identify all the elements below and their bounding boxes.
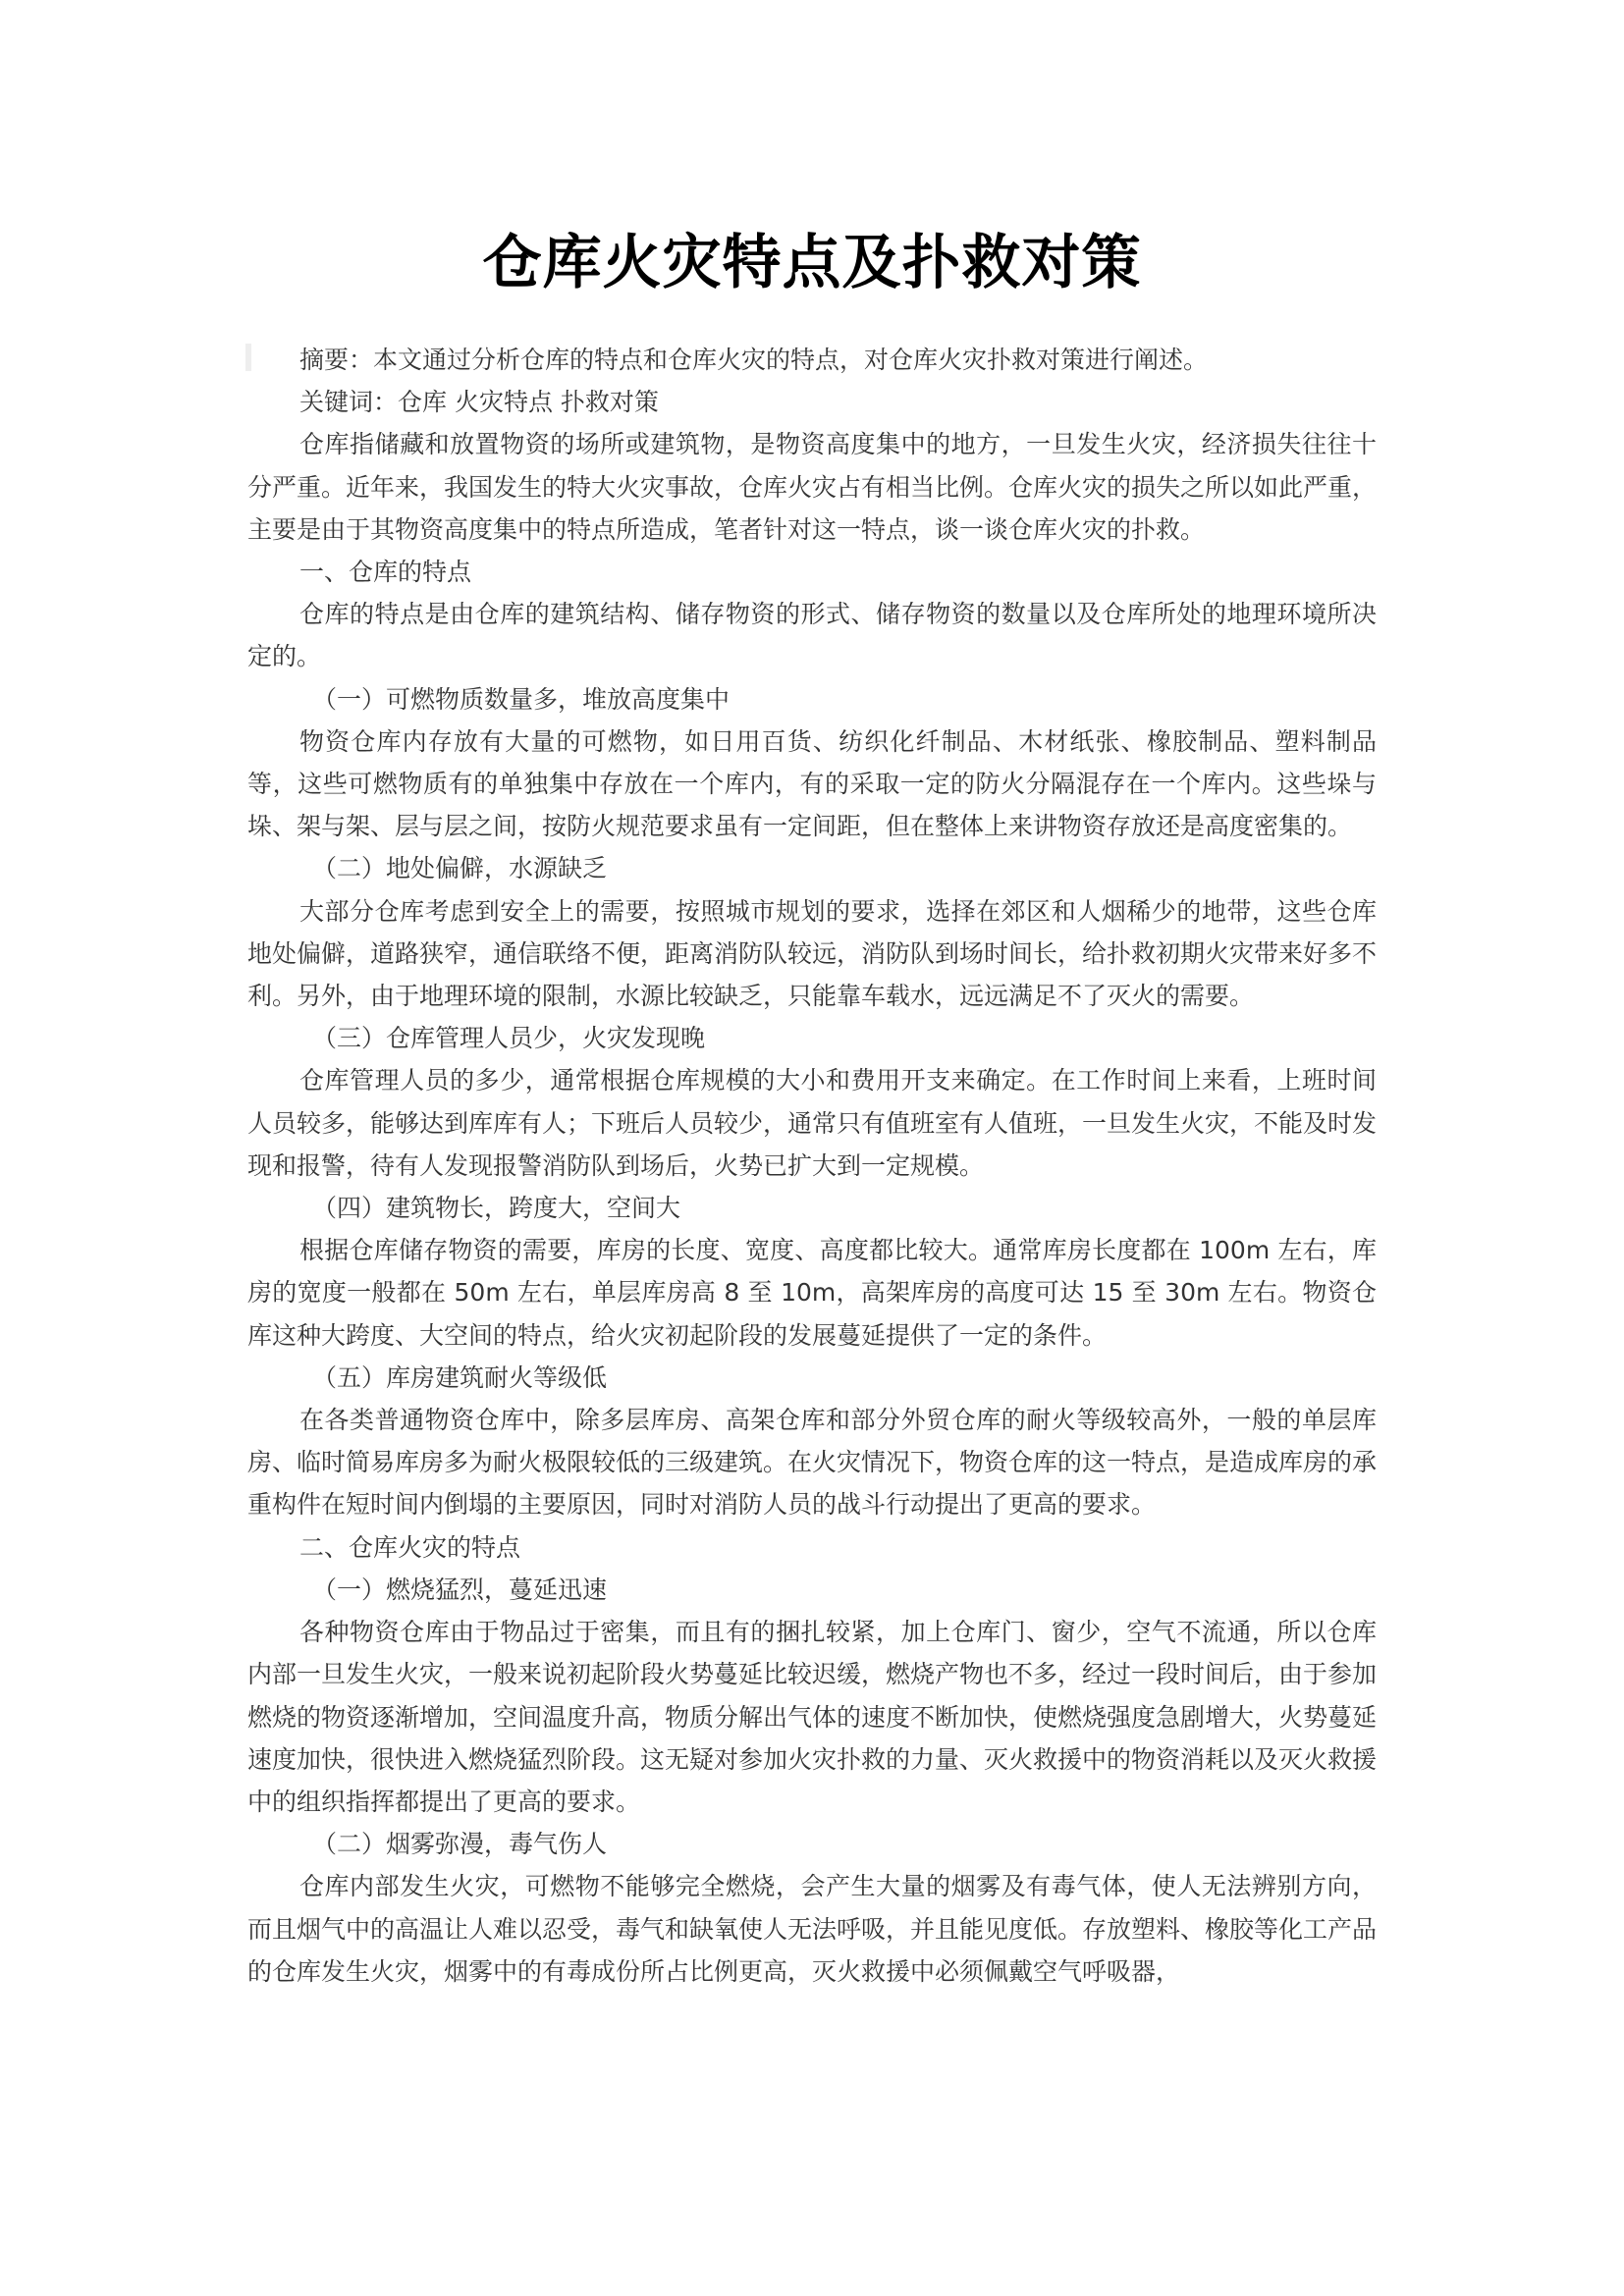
section-heading-2: 二、仓库火灾的特点 <box>247 1526 1377 1569</box>
subsection-heading: （三）仓库管理人员少，火灾发现晚 <box>247 1017 1377 1059</box>
intro-paragraph: 仓库指储藏和放置物资的场所或建筑物，是物资高度集中的地方，一旦发生火灾，经济损失… <box>247 423 1377 551</box>
subsection-heading: （一）燃烧猛烈，蔓延迅速 <box>247 1569 1377 1611</box>
body-paragraph: 根据仓库储存物资的需要，库房的长度、宽度、高度都比较大。通常库房长度都在 100… <box>247 1229 1377 1357</box>
body-paragraph: 大部分仓库考虑到安全上的需要，按照城市规划的要求，选择在郊区和人烟稀少的地带，这… <box>247 890 1377 1018</box>
body-paragraph: 物资仓库内存放有大量的可燃物，如日用百货、纺织化纤制品、木材纸张、橡胶制品、塑料… <box>247 721 1377 848</box>
subsection-heading: （一）可燃物质数量多，堆放高度集中 <box>247 678 1377 721</box>
subsection-heading: （二）烟雾弥漫，毒气伤人 <box>247 1823 1377 1865</box>
subsection-heading: （四）建筑物长，跨度大，空间大 <box>247 1187 1377 1229</box>
body-paragraph: 仓库的特点是由仓库的建筑结构、储存物资的形式、储存物资的数量以及仓库所处的地理环… <box>247 593 1377 677</box>
section-heading-1: 一、仓库的特点 <box>247 551 1377 593</box>
subsection-heading: （二）地处偏僻，水源缺乏 <box>247 847 1377 889</box>
body-paragraph: 各种物资仓库由于物品过于密集，而且有的捆扎较紧，加上仓库门、窗少，空气不流通，所… <box>247 1611 1377 1823</box>
abstract-text: 摘要：本文通过分析仓库的特点和仓库火灾的特点，对仓库火灾扑救对策进行阐述。 <box>247 339 1377 381</box>
body-paragraph: 仓库内部发生火灾，可燃物不能够完全燃烧，会产生大量的烟雾及有毒气体，使人无法辨别… <box>247 1865 1377 1993</box>
subsection-heading: （五）库房建筑耐火等级低 <box>247 1357 1377 1399</box>
body-paragraph: 仓库管理人员的多少，通常根据仓库规模的大小和费用开支来确定。在工作时间上来看，上… <box>247 1059 1377 1187</box>
document-title: 仓库火灾特点及扑救对策 <box>247 224 1377 302</box>
document-body: 摘要：本文通过分析仓库的特点和仓库火灾的特点，对仓库火灾扑救对策进行阐述。 关键… <box>247 339 1377 1993</box>
keywords-text: 关键词：仓库 火灾特点 扑救对策 <box>247 381 1377 423</box>
body-paragraph: 在各类普通物资仓库中，除多层库房、高架仓库和部分外贸仓库的耐火等级较高外，一般的… <box>247 1399 1377 1526</box>
